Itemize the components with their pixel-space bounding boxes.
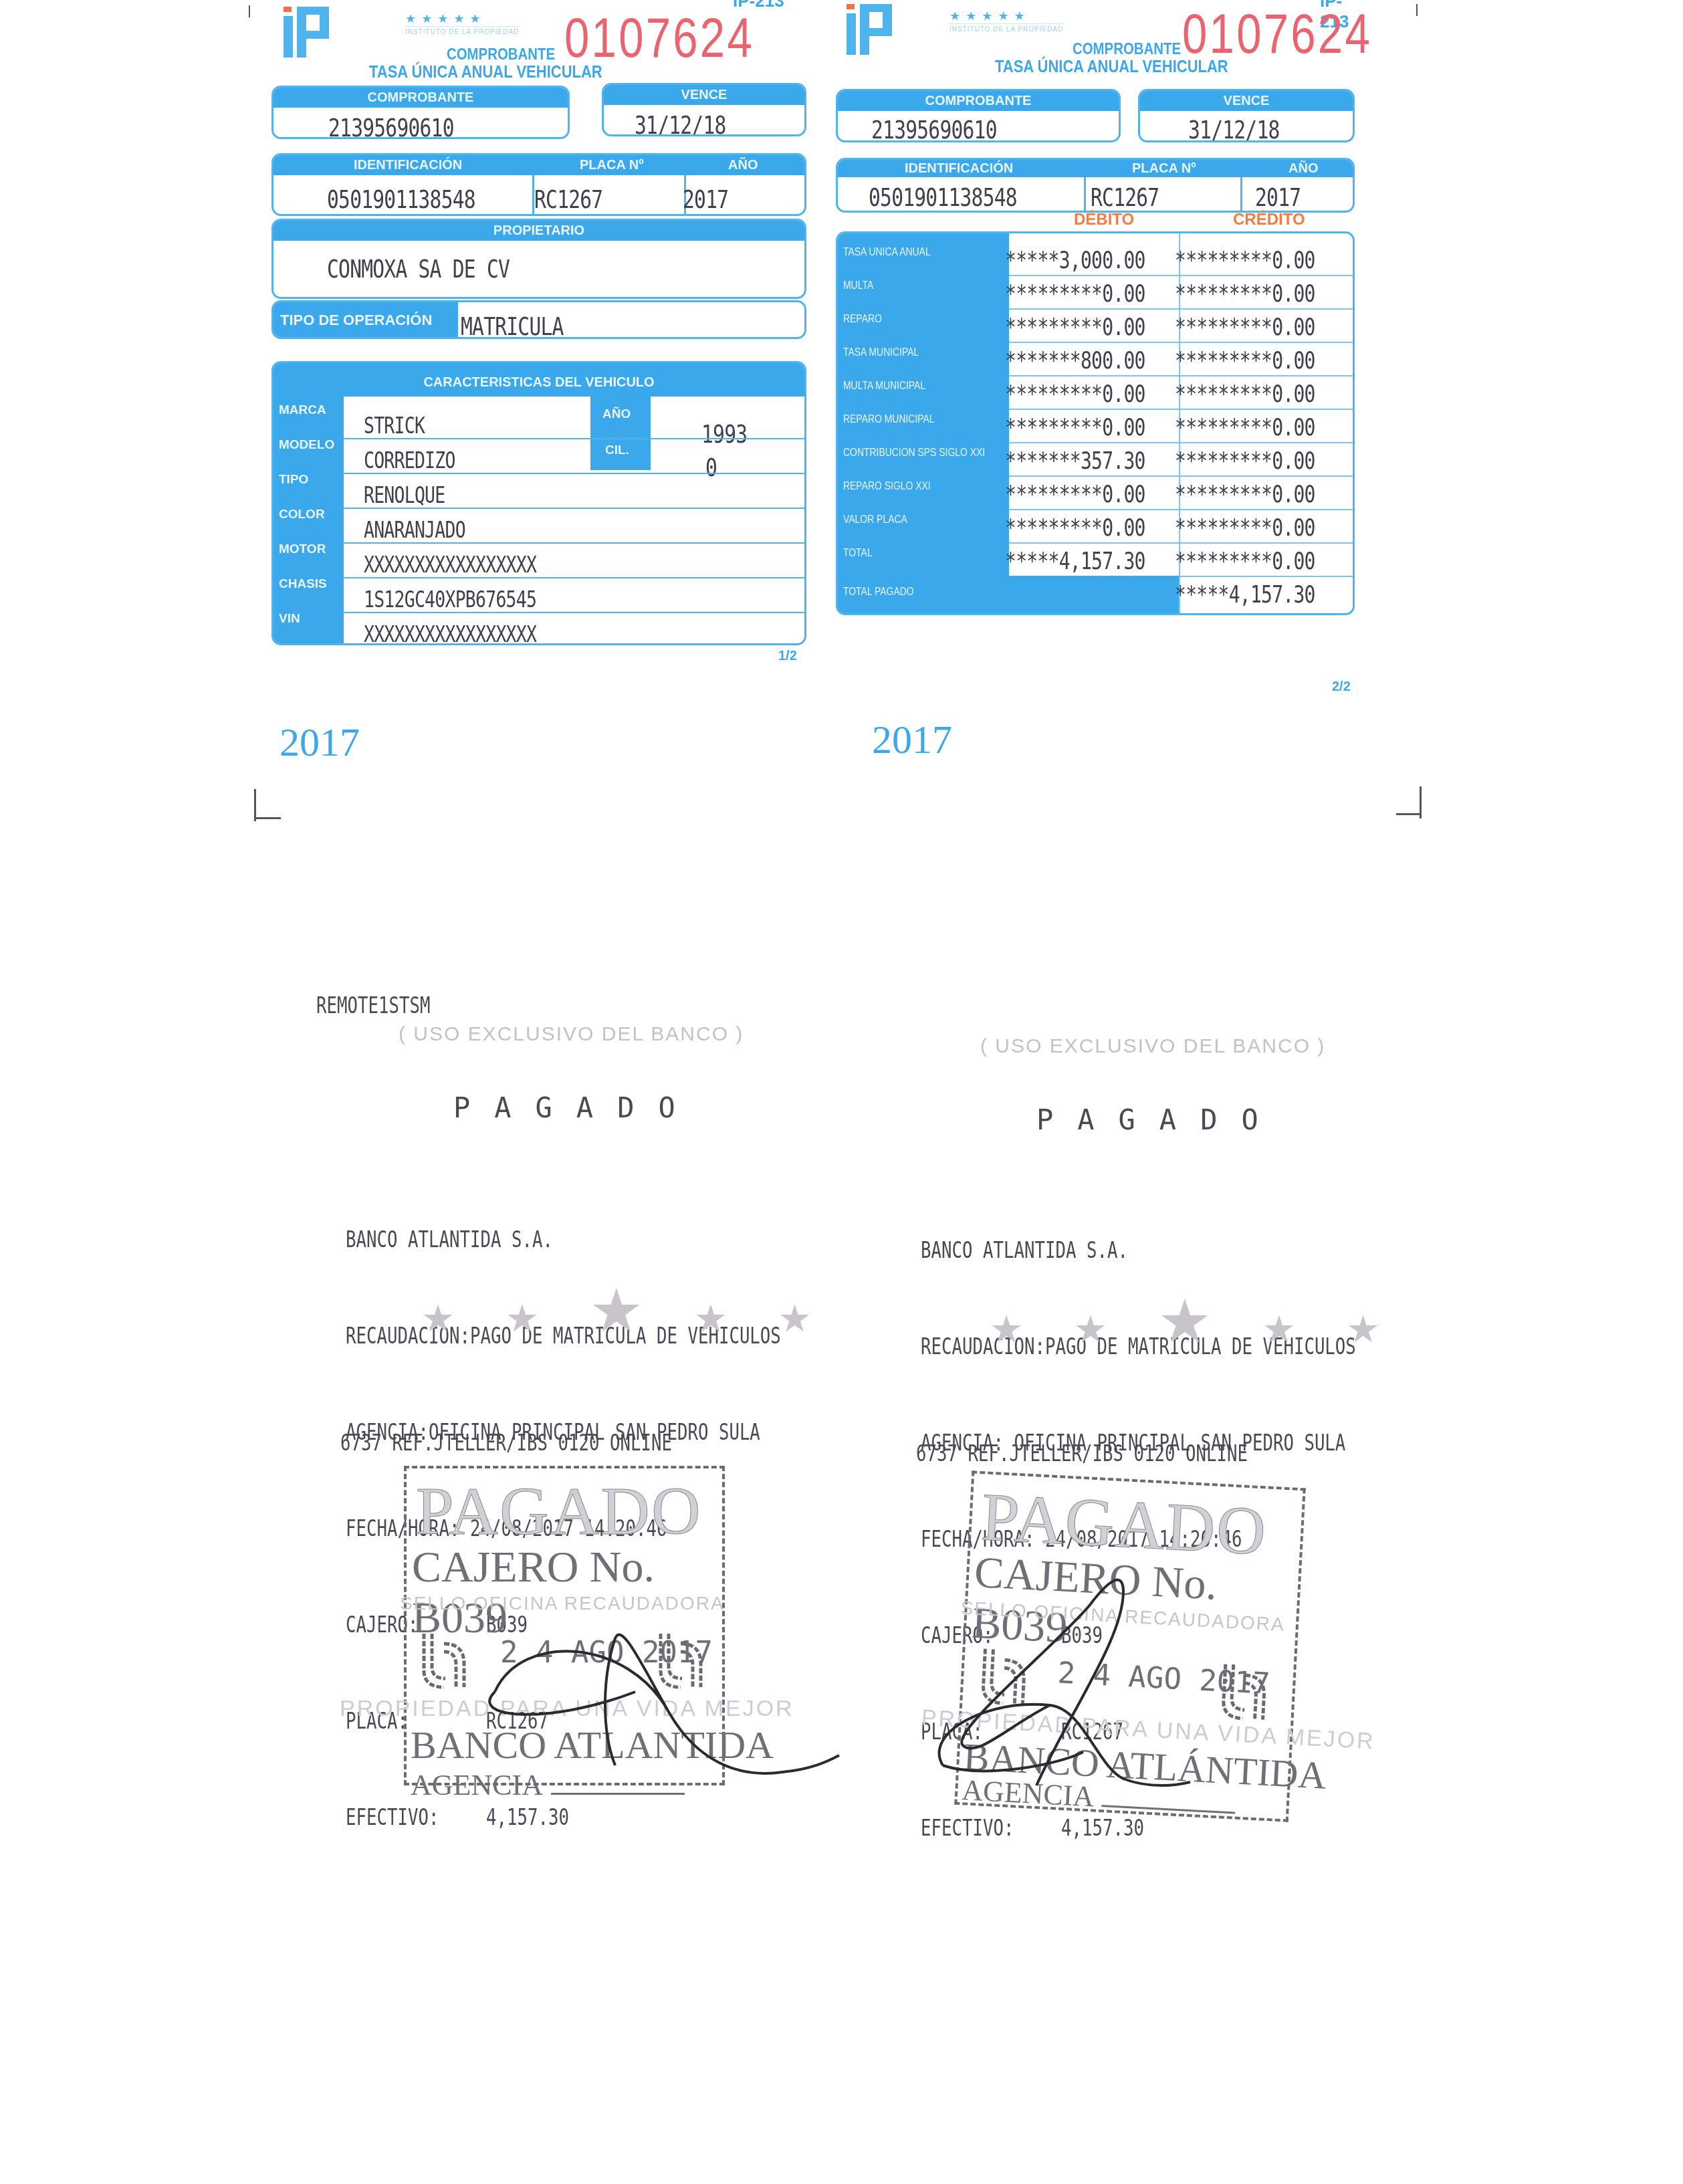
crop-mark	[254, 789, 256, 821]
comprobante-value: 21395690610	[871, 115, 997, 142]
vence-value: 31/12/18	[635, 110, 726, 136]
tipo-operacion-box: TIPO DE OPERACIÓN MATRICULA	[271, 300, 806, 339]
signature	[468, 1618, 843, 1792]
vehiculo-value: RENOLQUE	[364, 482, 445, 509]
charge-credito-value: *********0.00	[1175, 280, 1315, 308]
vence-header: VENCE	[604, 85, 804, 105]
charge-label: CONTRIBUCION SPS SIGLO XXI	[843, 446, 985, 459]
signature	[923, 1565, 1230, 1792]
crop-mark	[254, 817, 281, 819]
charge-label: TASA UNICA ANUAL	[843, 245, 931, 259]
vehiculo-value: STRICK	[364, 413, 425, 439]
vehiculo-cil-value: 0	[705, 453, 717, 482]
crop-mark	[1396, 813, 1422, 815]
placa-header: PLACA Nº	[580, 155, 643, 175]
pagado-label: PAGADO	[453, 1091, 699, 1124]
tipo-operacion-label: TIPO DE OPERACIÓN	[280, 312, 432, 329]
charge-label: TASA MUNICIPAL	[843, 346, 919, 359]
vehiculo-label: CHASIS	[279, 577, 327, 592]
institution-name: INSTITUTO DE LA PROPIEDAD	[405, 26, 519, 36]
vehiculo-value: 1S12GC40XPB676545	[364, 586, 536, 613]
debito-credito-table: TASA UNICA ANUAL*****3,000.00*********0.…	[836, 231, 1355, 615]
form-page-1: ★★★★★ INSTITUTO DE LA PROPIEDAD IP-213 C…	[271, 0, 806, 669]
vehiculo-value: CORREDIZO	[364, 447, 455, 474]
vehiculo-label: TIPO	[279, 473, 308, 487]
vehiculo-box: CARACTERISTICAS DEL VEHICULO AÑO CIL. 19…	[271, 361, 806, 645]
receipt-reference: 6737 REF.JTELLER/IBS 0120 ONLINE	[340, 1427, 766, 1459]
credito-header: CRÉDITO	[1233, 211, 1305, 229]
anio-value: 2017	[1255, 183, 1301, 212]
ip-logo-icon	[844, 1, 896, 59]
charge-debito-value: *********0.00	[1005, 314, 1145, 341]
tipo-operacion-value: MATRICULA	[461, 312, 564, 339]
comprobante-box: COMPROBANTE 21395690610	[271, 86, 570, 139]
charge-label: REPARO	[843, 312, 882, 326]
vence-header: VENCE	[1140, 91, 1353, 111]
stars-watermark-icon: ★ ★ ★ ★ ★	[990, 1287, 1400, 1357]
stamp-pagado: PAGADO	[416, 1472, 702, 1551]
charge-debito-value: *********0.00	[1005, 481, 1145, 508]
total-pagado-label: TOTAL PAGADO	[843, 585, 914, 598]
charge-label: REPARO SIGLO XXI	[843, 479, 931, 493]
vehiculo-label: MOTOR	[279, 542, 326, 557]
vehiculo-label: VIN	[279, 612, 300, 627]
vehiculo-anio-value: 1993	[701, 419, 747, 449]
stars-icon: ★★★★★	[405, 12, 519, 26]
anio-header: AÑO	[728, 155, 758, 175]
vehiculo-label: COLOR	[279, 508, 325, 522]
placa-value: RC1267	[534, 185, 602, 214]
watermark-year: 2017	[279, 720, 360, 766]
placa-header: PLACA Nº	[1132, 160, 1196, 177]
debito-header: DÉBITO	[1074, 211, 1134, 229]
vehiculo-anio-label: AÑO	[602, 407, 631, 422]
propietario-header: PROPIETARIO	[273, 221, 804, 241]
receipt-efectivo-label: EFECTIVO:	[921, 1812, 1014, 1844]
charge-debito-value: *****4,157.30	[1005, 548, 1145, 575]
charge-credito-value: *********0.00	[1175, 380, 1315, 408]
comprobante-header: COMPROBANTE	[273, 88, 568, 108]
crop-mark	[249, 5, 250, 17]
identificacion-box: IDENTIFICACIÓN PLACA Nº AÑO 050190113854…	[271, 153, 806, 216]
institution-block: ★★★★★ INSTITUTO DE LA PROPIEDAD	[949, 9, 1063, 33]
receipt-bank-name: BANCO ATLANTIDA S.A.	[346, 1224, 553, 1256]
charge-debito-value: *********0.00	[1005, 280, 1145, 308]
charge-debito-value: *******800.00	[1005, 347, 1145, 374]
comprobante-value: 21395690610	[328, 113, 454, 139]
placa-value: RC1267	[1091, 183, 1159, 212]
uso-exclusivo-label: ( USO EXCLUSIVO DEL BANCO )	[399, 1023, 744, 1046]
charge-label: TOTAL	[843, 546, 873, 560]
terminal-id: REMOTE1STSM	[316, 990, 463, 1022]
charge-debito-value: *********0.00	[1005, 414, 1145, 441]
charge-label: VALOR PLACA	[843, 513, 907, 526]
serial-number: 0107624	[564, 9, 754, 66]
charge-credito-value: *********0.00	[1175, 247, 1315, 274]
charge-credito-value: *********0.00	[1175, 548, 1315, 575]
charge-debito-value: *********0.00	[1005, 514, 1145, 542]
identificacion-value: 0501901138548	[869, 183, 1017, 212]
vehiculo-label: MODELO	[279, 438, 334, 453]
vehiculo-cil-label: CIL.	[605, 443, 629, 458]
institution-block: ★★★★★ INSTITUTO DE LA PROPIEDAD	[405, 12, 519, 36]
stars-watermark-icon: ★ ★ ★ ★ ★	[421, 1276, 832, 1346]
charge-credito-value: *********0.00	[1175, 414, 1315, 441]
receipt-reference: 6737 REF.JTELLER/IBS 0120 ONLINE	[916, 1438, 1341, 1470]
vehiculo-label: MARCA	[279, 403, 326, 418]
propietario-value: CONMOXA SA DE CV	[327, 254, 510, 284]
identificacion-header: IDENTIFICACIÓN	[354, 155, 462, 175]
stars-icon: ★★★★★	[949, 9, 1063, 23]
comprobante-label: COMPROBANTE	[1073, 40, 1181, 59]
comprobante-box: COMPROBANTE 21395690610	[836, 89, 1121, 142]
identificacion-box: IDENTIFICACIÓN PLACA Nº AÑO 050190113854…	[836, 158, 1355, 213]
institution-name: INSTITUTO DE LA PROPIEDAD	[949, 23, 1063, 33]
charge-credito-value: *********0.00	[1175, 481, 1315, 508]
identificacion-header: IDENTIFICACIÓN	[905, 160, 1013, 177]
charge-debito-value: *******357.30	[1005, 447, 1145, 475]
vehiculo-value: XXXXXXXXXXXXXXXXX	[364, 552, 536, 578]
charge-label: MULTA	[843, 279, 873, 292]
charge-label: REPARO MUNICIPAL	[843, 413, 935, 426]
comprobante-header: COMPROBANTE	[838, 91, 1119, 111]
vehiculo-value: ANARANJADO	[364, 517, 465, 544]
page-number: 1/2	[778, 649, 797, 664]
propietario-box: PROPIETARIO CONMOXA SA DE CV	[271, 219, 806, 299]
form-title: TASA ÚNICA ANUAL VEHICULAR	[369, 63, 602, 82]
charge-debito-value: *****3,000.00	[1005, 247, 1145, 274]
identificacion-value: 0501901138548	[327, 185, 475, 214]
total-pagado-value: *****4,157.30	[1175, 581, 1315, 609]
receipt-efectivo-value: 4,157.30	[1061, 1812, 1144, 1844]
page-number: 2/2	[1332, 679, 1351, 695]
vence-box: VENCE 31/12/18	[602, 83, 806, 136]
crop-mark	[1416, 4, 1418, 16]
form-page-2: ★★★★★ INSTITUTO DE LA PROPIEDAD IP-213 C…	[836, 0, 1371, 669]
form-title: TASA ÚNICA ANUAL VEHICULAR	[995, 58, 1228, 77]
stamp-sello: SELLO OFICINA RECAUDADORA	[400, 1593, 725, 1614]
vehiculo-header: CARACTERISTICAS DEL VEHICULO	[273, 363, 804, 397]
receipt-efectivo-value: 4,157.30	[486, 1801, 569, 1834]
anio-value: 2017	[683, 185, 728, 214]
vehiculo-value: XXXXXXXXXXXXXXXXX	[364, 621, 536, 645]
vence-value: 31/12/18	[1188, 115, 1280, 142]
receipt-efectivo-label: EFECTIVO:	[346, 1801, 439, 1834]
charge-credito-value: *********0.00	[1175, 447, 1315, 475]
anio-header: AÑO	[1288, 160, 1318, 177]
uso-exclusivo-label: ( USO EXCLUSIVO DEL BANCO )	[980, 1035, 1325, 1058]
charge-debito-value: *********0.00	[1005, 380, 1145, 408]
pagado-label: PAGADO	[1036, 1103, 1282, 1136]
ip-logo-icon	[281, 4, 333, 62]
receipt-bank-name: BANCO ATLANTIDA S.A.	[921, 1234, 1128, 1267]
comprobante-label: COMPROBANTE	[447, 45, 555, 64]
charge-credito-value: *********0.00	[1175, 514, 1315, 542]
watermark-year: 2017	[872, 717, 952, 763]
charge-label: MULTA MUNICIPAL	[843, 379, 925, 393]
vence-box: VENCE 31/12/18	[1138, 89, 1355, 142]
serial-number: 0107624	[1182, 5, 1372, 62]
charge-credito-value: *********0.00	[1175, 347, 1315, 374]
charge-credito-value: *********0.00	[1175, 314, 1315, 341]
